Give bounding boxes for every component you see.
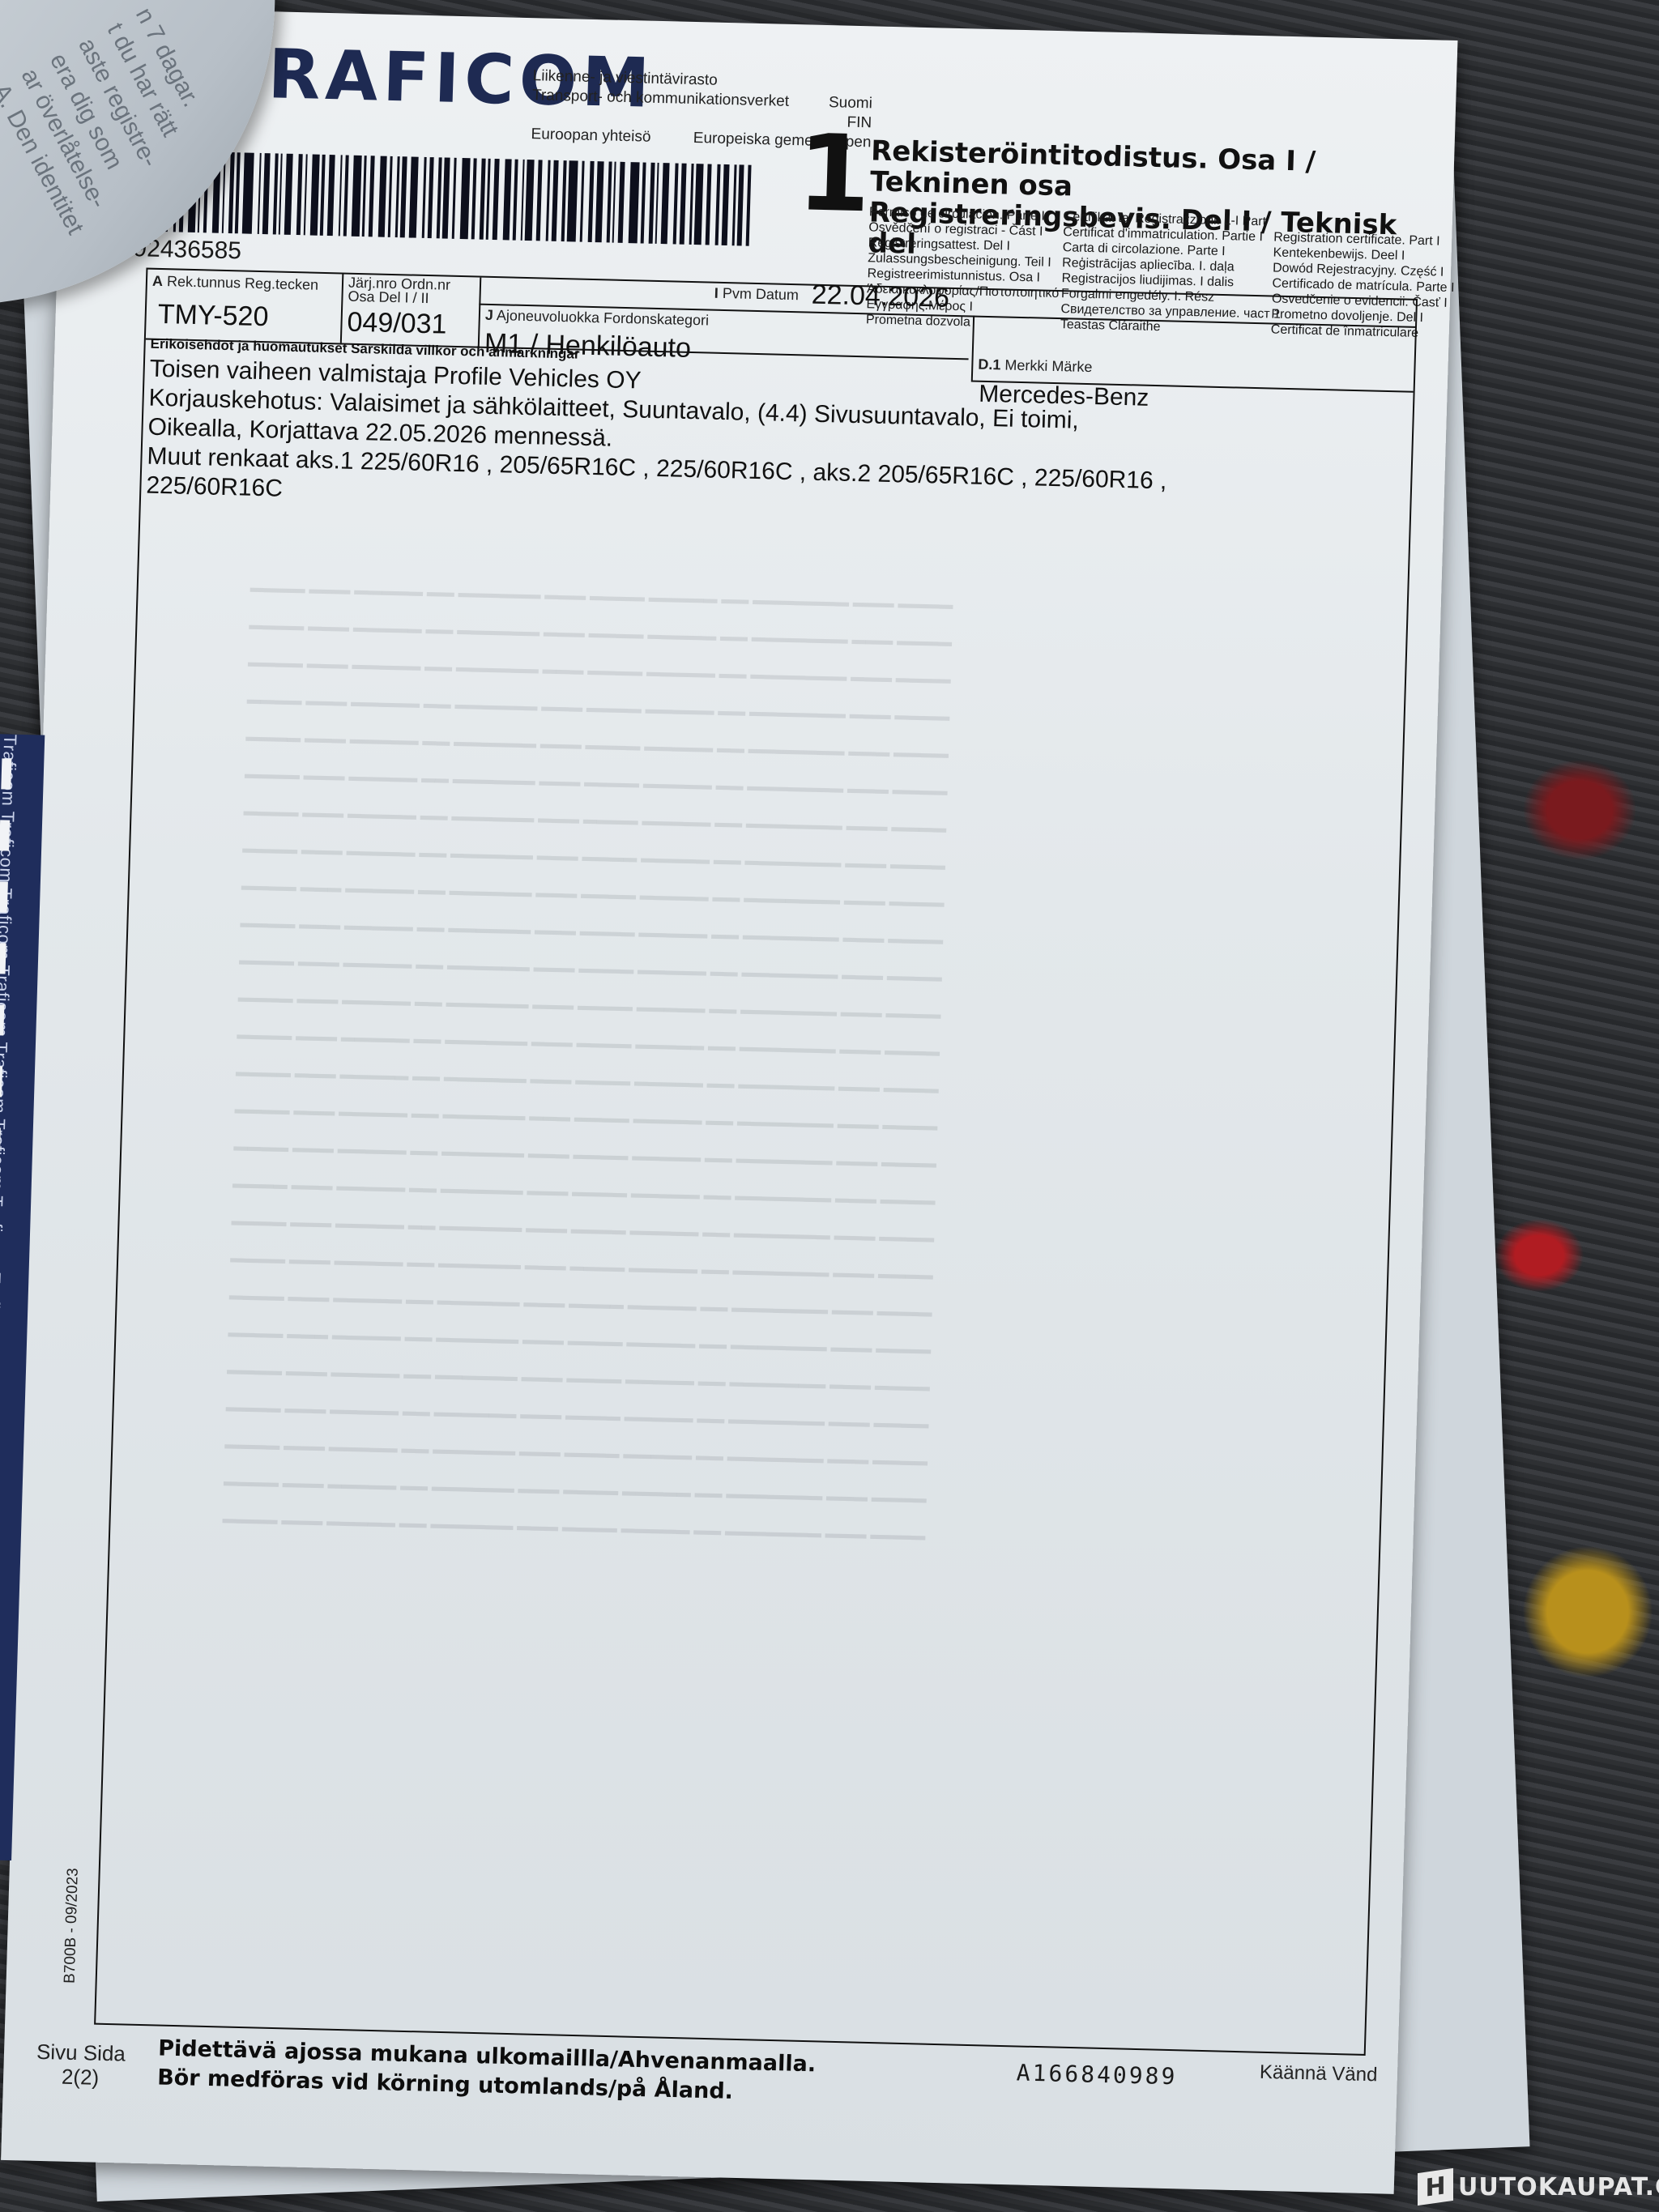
category-label: J Ajoneuvoluokka Fordonskategori (485, 307, 710, 330)
date-value: 22.04.2026 (811, 279, 949, 314)
registration-certificate-page: TRAFICOM Liikenne- ja viestintävirasto T… (1, 6, 1457, 2194)
remarks-text: Toisen vaiheen valmistaja Profile Vehicl… (146, 355, 1170, 526)
show-through-text: ▬▬▬▬ ▬▬▬ ▬▬▬▬▬ ▬▬ ▬▬▬▬▬▬ ▬▬▬ ▬▬▬▬ ▬▬▬▬▬ … (222, 578, 1384, 1575)
order-number-label: Järj.nro Ordn.nr Osa Del I / II (348, 276, 450, 306)
turn-over-note: Käännä Vänd (1260, 2061, 1378, 2087)
traficom-security-stripe: Traficom Traficom Traficom Traficom Traf… (0, 733, 45, 1860)
order-number-value: 049/031 (347, 307, 447, 341)
carry-notice: Pidettävä ajossa mukana ulkomaillla/Ahve… (157, 2035, 817, 2109)
reg-number-label: A Rek.tunnus Reg.tecken (152, 273, 319, 294)
huutokaupat-watermark: H UUTOKAUPAT.COM (1418, 2171, 1659, 2203)
date-label: I Pvm Datum (714, 285, 800, 305)
reg-number-value: TMY-520 (157, 299, 269, 333)
page-indicator: Sivu Sida 2(2) (36, 2039, 126, 2091)
document-serial: A166840989 (1016, 2059, 1178, 2090)
huutokaupat-logo-icon: H (1418, 2168, 1453, 2206)
form-code: B700B - 09/2023 (62, 1868, 83, 1984)
watermark-text: UUTOKAUPAT.COM (1458, 2173, 1659, 2201)
make-label: D.1 Merkki Märke (978, 356, 1093, 376)
section-number: 1 (795, 120, 872, 227)
